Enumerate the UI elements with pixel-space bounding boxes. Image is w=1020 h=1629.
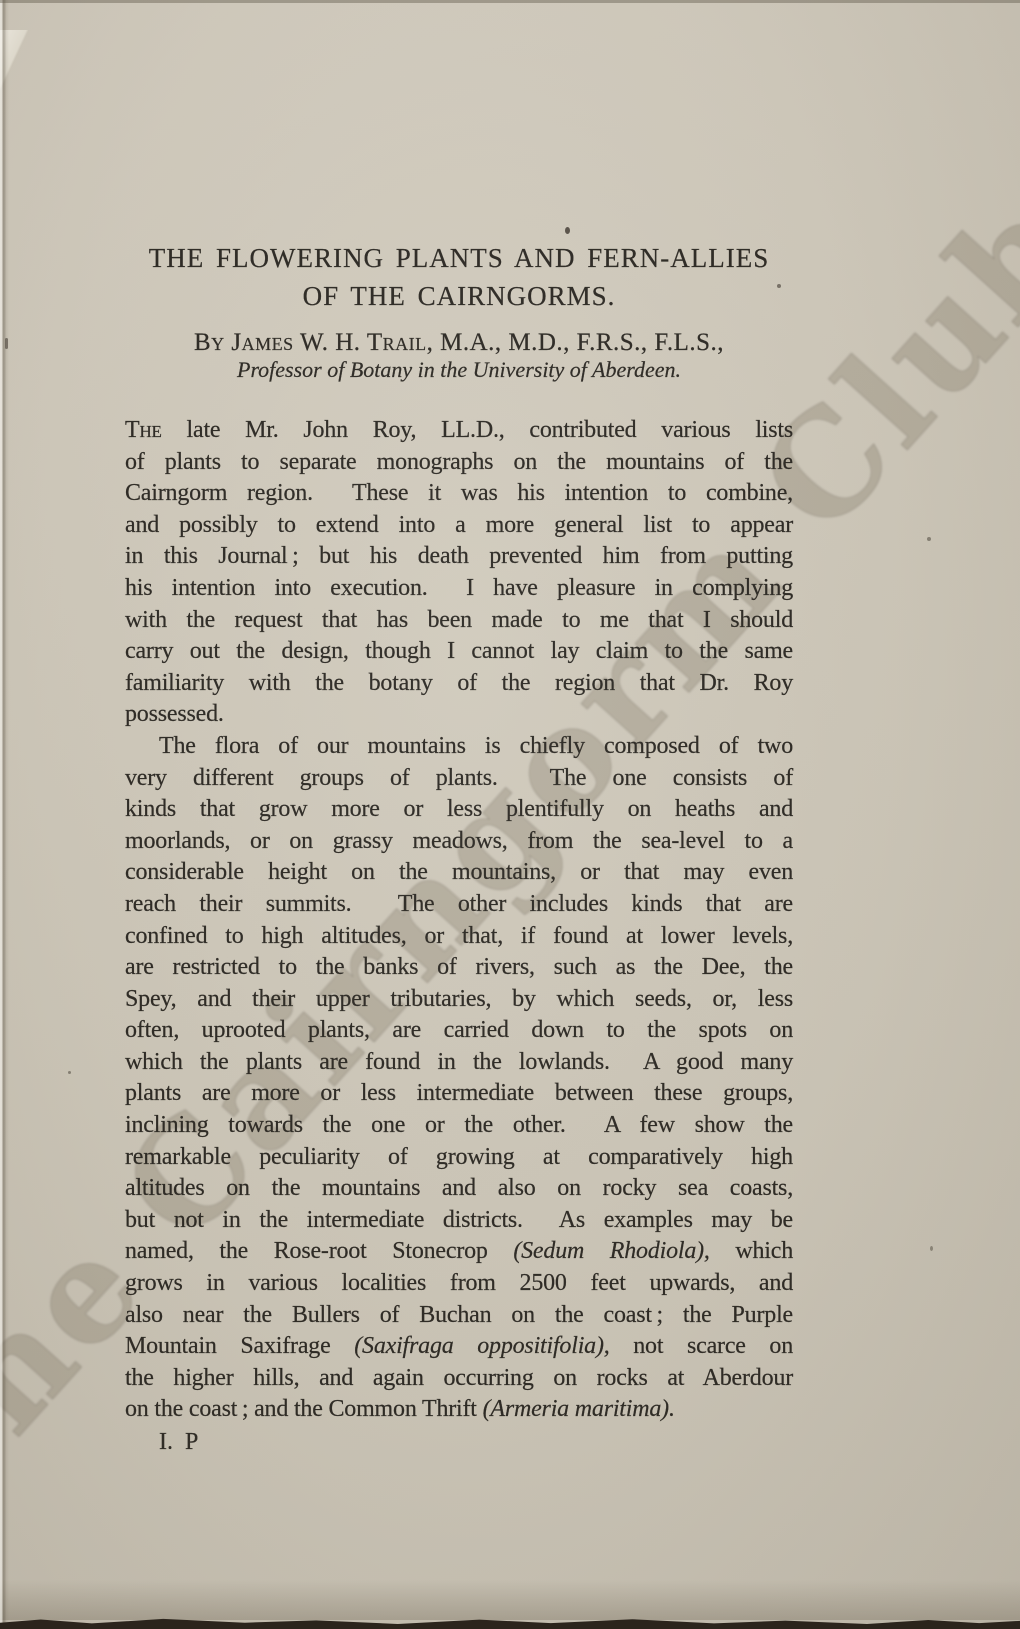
scanned-journal-page: The Cairngorm Club THE FLOWERING PLANTS … — [0, 0, 1020, 1629]
paper-speck — [565, 227, 570, 234]
body-line: kinds that grow more or less plentifully… — [125, 794, 793, 826]
body-line: are restricted to the banks of rivers, s… — [125, 952, 793, 984]
page-edge-bottom-shadow — [0, 1580, 1020, 1620]
body-line: confined to high altitudes, or that, if … — [125, 921, 793, 953]
body-line: possessed. — [125, 699, 793, 731]
body-line: plants are more or less intermediate bet… — [125, 1078, 793, 1110]
body-line: reach their summits. The other includes … — [125, 889, 793, 921]
body-line: considerable height on the mountains, or… — [125, 857, 793, 889]
body-line: altitudes on the mountains and also on r… — [125, 1173, 793, 1205]
body-line: The late Mr. John Roy, LL.D., contribute… — [125, 415, 793, 447]
article-byline: By James W. H. Trail, M.A., M.D., F.R.S.… — [125, 329, 793, 357]
body-line: named, the Rose-root Stonecrop (Sedum Rh… — [125, 1236, 793, 1268]
body-line: Cairngorm region. These it was his inten… — [125, 478, 793, 510]
body-line: moorlands, or on grassy meadows, from th… — [125, 826, 793, 858]
page-edge-top — [0, 0, 1020, 3]
body-line: remarkable peculiarity of growing at com… — [125, 1142, 793, 1174]
paper-speck — [777, 284, 781, 288]
body-line: and possibly to extend into a more gener… — [125, 510, 793, 542]
body-line: his intention into execution. I have ple… — [125, 573, 793, 605]
paper-speck — [927, 537, 931, 541]
body-line: which the plants are found in the lowlan… — [125, 1047, 793, 1079]
body-line: also near the Bullers of Buchan on the c… — [125, 1300, 793, 1332]
paper-speck — [930, 1246, 933, 1251]
body-line: on the coast ; and the Common Thrift (Ar… — [125, 1394, 793, 1426]
body-line: with the request that has been made to m… — [125, 605, 793, 637]
article-title-line2: OF THE CAIRNGORMS. — [125, 281, 793, 312]
signature-mark: I. P — [159, 1429, 198, 1456]
body-line: carry out the design, though I cannot la… — [125, 636, 793, 668]
body-line: very different groups of plants. The one… — [125, 763, 793, 795]
body-line: in this Journal ; but his death prevente… — [125, 541, 793, 573]
author-affiliation: Professor of Botany in the University of… — [125, 357, 793, 383]
article-title-line1: THE FLOWERING PLANTS AND FERN-ALLIES — [125, 243, 793, 274]
body-line: familiarity with the botany of the regio… — [125, 668, 793, 700]
body-line: often, uprooted plants, are carried down… — [125, 1015, 793, 1047]
body-line: inclining towards the one or the other. … — [125, 1110, 793, 1142]
body-line: Mountain Saxifrage (Saxifraga oppositifo… — [125, 1331, 793, 1363]
body-paragraph-1: The late Mr. John Roy, LL.D., contribute… — [125, 415, 793, 731]
page-edge-left — [0, 0, 9, 1629]
body-line: the higher hills, and again occurring on… — [125, 1363, 793, 1395]
article-body: The late Mr. John Roy, LL.D., contribute… — [125, 415, 793, 1426]
body-line: but not in the intermediate districts. A… — [125, 1205, 793, 1237]
body-line: grows in various localities from 2500 fe… — [125, 1268, 793, 1300]
body-line: Spey, and their upper tributaries, by wh… — [125, 984, 793, 1016]
body-line: of plants to separate monographs on the … — [125, 447, 793, 479]
body-line: The flora of our mountains is chiefly co… — [125, 731, 793, 763]
body-paragraph-2: The flora of our mountains is chiefly co… — [125, 731, 793, 1426]
paper-speck — [68, 1071, 71, 1074]
